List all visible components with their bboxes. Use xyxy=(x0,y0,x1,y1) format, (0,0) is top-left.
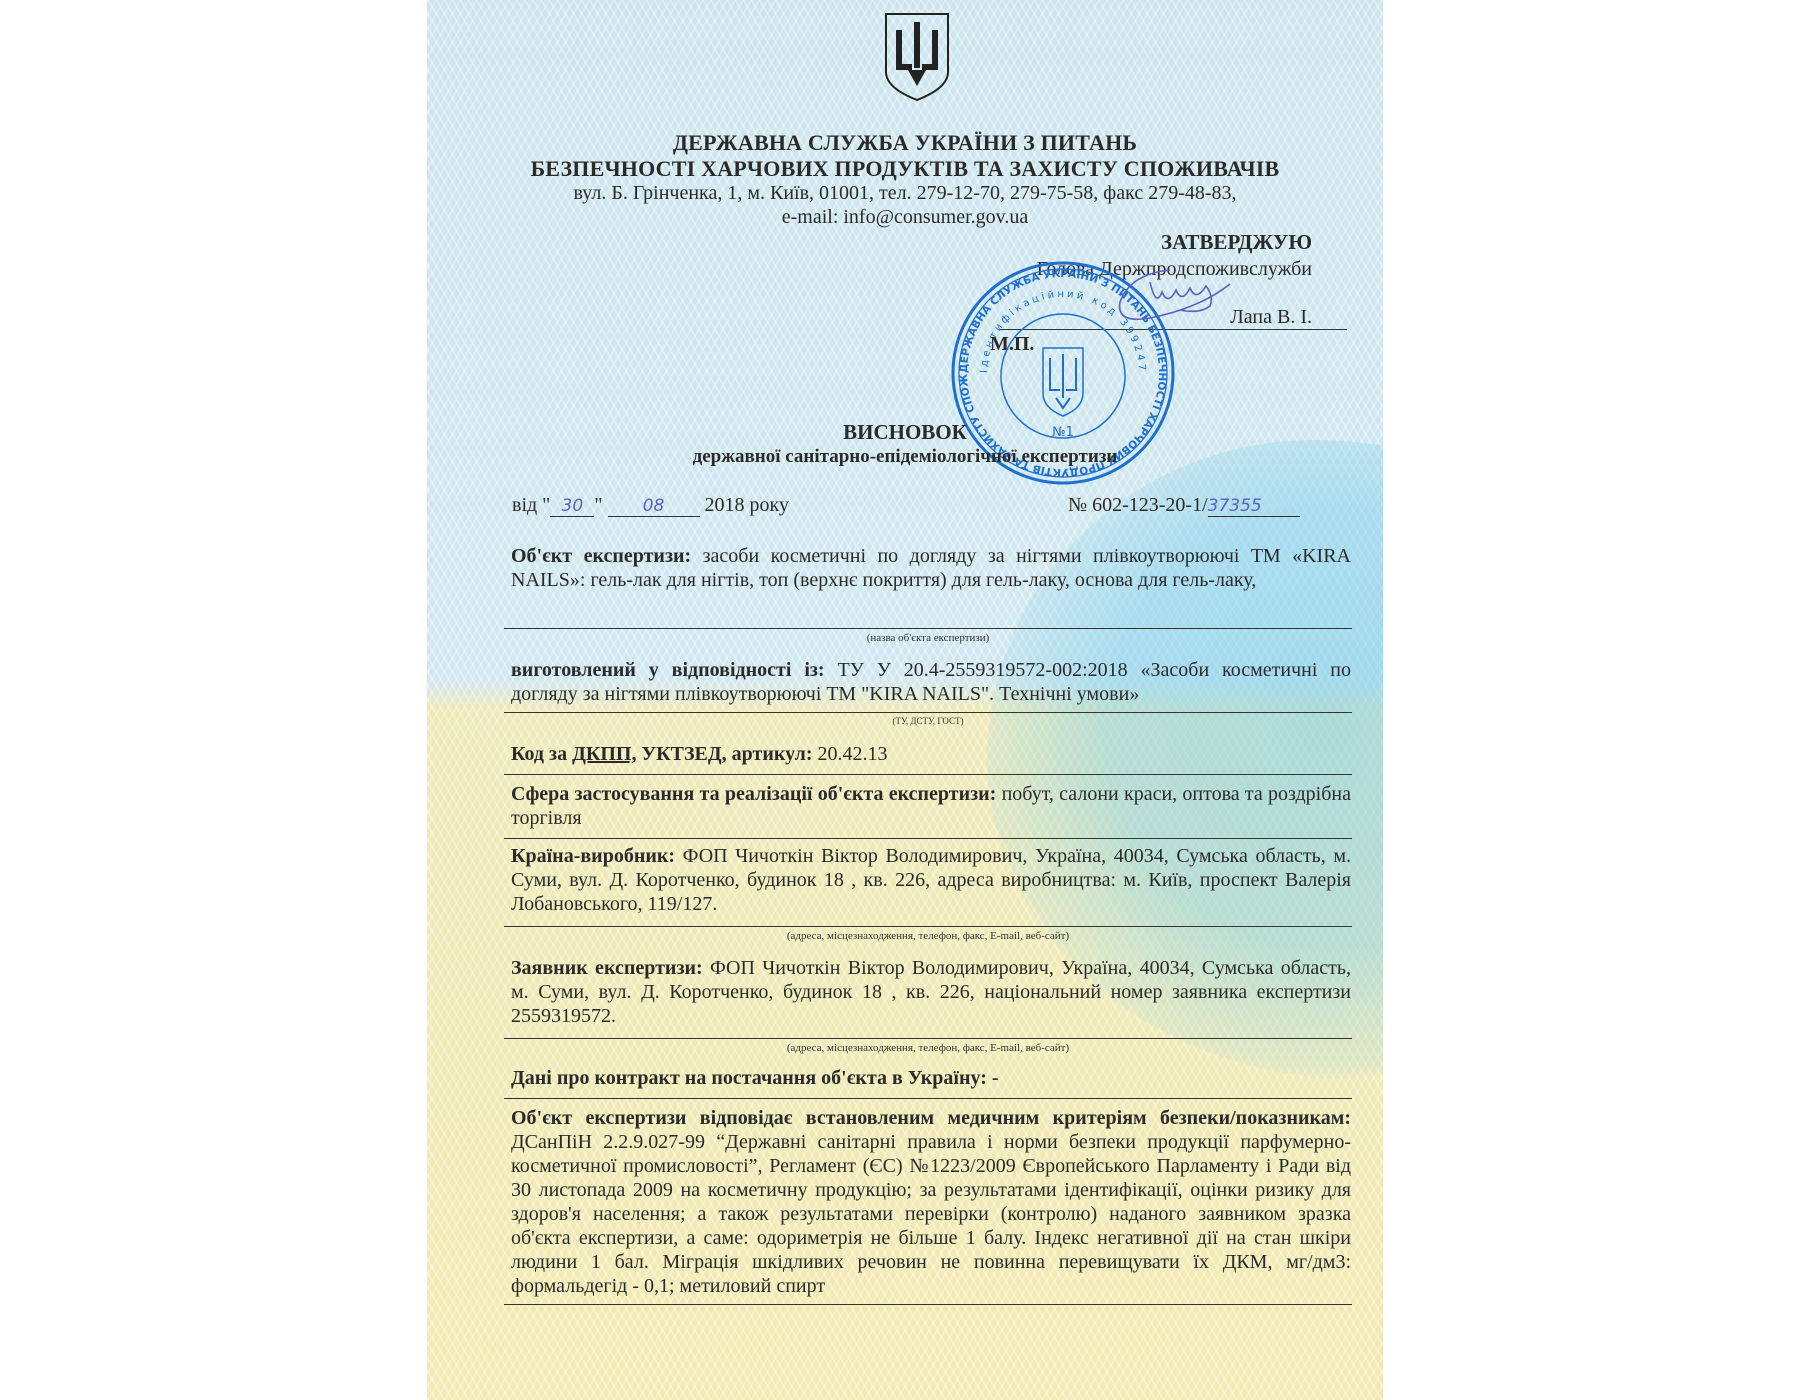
org-email: e-mail: info@consumer.gov.ua xyxy=(427,206,1383,229)
document-title: ВИСНОВОК xyxy=(427,420,1383,445)
date-month: 08 xyxy=(608,496,700,517)
org-name-line1: ДЕРЖАВНА СЛУЖБА УКРАЇНИ З ПИТАНЬ xyxy=(427,130,1383,156)
caption-producer: (адреса, місцезнаходження, телефон, факс… xyxy=(504,930,1352,942)
section-producer: Країна-виробник: ФОП Чичоткін Віктор Вол… xyxy=(511,844,1351,916)
caption-standards: (ТУ, ДСТУ, ГОСТ) xyxy=(504,716,1352,726)
divider xyxy=(504,1038,1352,1039)
document-number: № 602-123-20-1/37355 xyxy=(1068,494,1300,517)
divider xyxy=(504,1304,1352,1305)
handwritten-signature xyxy=(1110,262,1250,342)
date-year: 2018 року xyxy=(705,494,789,516)
document-date: від "30" 08 2018 року xyxy=(512,494,789,517)
caption-object: (назва об'єкта експертизи) xyxy=(504,632,1352,644)
section-object: Об'єкт експертизи: засоби косметичні по … xyxy=(511,544,1351,592)
section-scope: Сфера застосування та реалізації об'єкта… xyxy=(511,782,1351,830)
org-address: вул. Б. Грінченка, 1, м. Київ, 01001, те… xyxy=(427,182,1383,205)
ukraine-coat-of-arms-icon xyxy=(882,10,952,102)
divider xyxy=(504,712,1352,713)
document-subtitle: державної санітарно-епідеміологічної екс… xyxy=(427,446,1383,468)
divider xyxy=(504,774,1352,775)
section-code: Код за ДКПП, УКТЗЕД, артикул: 20.42.13 xyxy=(511,742,1351,766)
dkpp-link: ДКПП, xyxy=(572,743,636,765)
approval-label: ЗАТВЕРДЖУЮ xyxy=(1161,230,1312,255)
date-day: 30 xyxy=(550,496,594,517)
document-number-handwritten: 37355 xyxy=(1208,496,1300,517)
divider xyxy=(504,1098,1352,1099)
divider xyxy=(504,838,1352,839)
section-compliance: Об'єкт експертизи відповідає встановлени… xyxy=(511,1106,1351,1298)
divider xyxy=(504,628,1352,629)
section-contract: Дані про контракт на постачання об'єкта … xyxy=(511,1066,1351,1090)
org-name-line2: БЕЗПЕЧНОСТІ ХАРЧОВИХ ПРОДУКТІВ ТА ЗАХИСТ… xyxy=(427,156,1383,182)
section-applicant: Заявник експертизи: ФОП Чичоткін Віктор … xyxy=(511,956,1351,1028)
divider xyxy=(504,926,1352,927)
caption-applicant: (адреса, місцезнаходження, телефон, факс… xyxy=(504,1042,1352,1054)
section-manufactured: виготовлений у відповідності із: ТУ У 20… xyxy=(511,658,1351,706)
